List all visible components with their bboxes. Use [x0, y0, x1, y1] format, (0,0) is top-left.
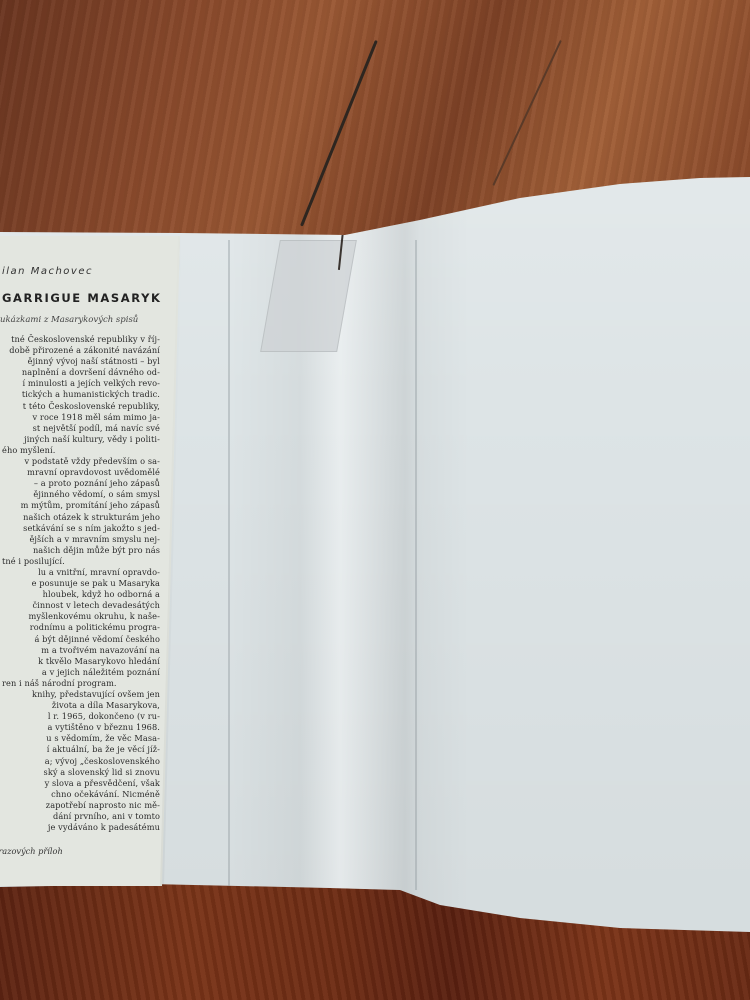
book-subtitle: ukázkami z Masarykových spisů [0, 315, 138, 325]
spine-fold-left [228, 240, 230, 890]
text-line: je vydáváno k padesátému [0, 822, 160, 833]
spine-fold-right [415, 240, 417, 890]
author-name: ilan Machovec [2, 266, 93, 277]
text-line: mravní opravdovost uvědomělé [0, 467, 160, 478]
front-flap: ilan Machovec GARRIGUE MASARYK ukázkami … [0, 236, 180, 886]
text-line: života a díla Masarykova, [0, 700, 160, 711]
text-line: rodnímu a politickému progra- [0, 622, 160, 633]
text-line: tné i posilující. [0, 556, 160, 567]
text-line: tických a humanistických tradic. [0, 389, 160, 400]
text-line: ský a slovenský lid si znovu [0, 767, 160, 778]
text-line: a v jejich náležitém poznání [0, 667, 160, 678]
text-line: ějších a v mravním smyslu nej- [0, 534, 160, 545]
text-line: v roce 1918 měl sám mimo ja- [0, 412, 160, 423]
text-line: í minulosti a jejích velkých revo- [0, 378, 160, 389]
text-line: setkávání se s ním jakožto s jed- [0, 523, 160, 534]
text-line: ého myšlení. [0, 445, 160, 456]
text-line: y slova a přesvědčení, však [0, 778, 160, 789]
book-title: GARRIGUE MASARYK [2, 291, 162, 305]
text-line: činnost v letech devadesátých [0, 600, 160, 611]
text-line: e posunuje se pak u Masaryka [0, 578, 160, 589]
text-line: ějinného vědomí, o sám smysl [0, 489, 160, 500]
text-line: a; vývoj „československého [0, 756, 160, 767]
text-line: st největší podíl, má navíc své [0, 423, 160, 434]
text-line: našich dějin může být pro nás [0, 545, 160, 556]
text-line: ren i náš národní program. [0, 678, 160, 689]
text-line: hloubek, když ho odborná a [0, 589, 160, 600]
text-line: době přirozené a zákonité navázání [0, 345, 160, 356]
text-line: dání prvního, ani v tomto [0, 811, 160, 822]
flap-footer-note: r. obrazových příloh [0, 846, 63, 856]
text-line: lu a vnitřní, mravní opravdo- [0, 567, 160, 578]
text-line: knihy, představující ovšem jen [0, 689, 160, 700]
text-line: u s vědomím, že věc Masa- [0, 733, 160, 744]
text-line: – a proto poznání jeho zápasů [0, 478, 160, 489]
text-line: m mýtům, promítání jeho zápasů [0, 500, 160, 511]
text-line: k tkvělo Masarykovo hledání [0, 656, 160, 667]
text-line: t této Československé republiky, [0, 401, 160, 412]
text-line: a vytištěno v březnu 1968. [0, 722, 160, 733]
flap-body-text: tné Československé republiky v říj- době… [0, 334, 160, 833]
text-line: myšlenkovému okruhu, k naše- [0, 611, 160, 622]
text-line: chno očekávání. Nicméně [0, 789, 160, 800]
text-line: á být dějinné vědomí českého [0, 634, 160, 645]
text-line: našich otázek k strukturám jeho [0, 512, 160, 523]
text-line: l r. 1965, dokončeno (v ru- [0, 711, 160, 722]
text-line: v podstatě vždy především o sa- [0, 456, 160, 467]
text-line: zapotřebí naprosto nic mě- [0, 800, 160, 811]
text-line: m a tvořivém navazování na [0, 645, 160, 656]
text-line: tné Československé republiky v říj- [0, 334, 160, 345]
text-line: ějinný vývoj naší státnosti – byl [0, 356, 160, 367]
text-line: í aktuální, ba že je věcí jíž- [0, 744, 160, 755]
text-line: jiných naší kultury, vědy i politi- [0, 434, 160, 445]
text-line: naplnění a dovršení dávného od- [0, 367, 160, 378]
